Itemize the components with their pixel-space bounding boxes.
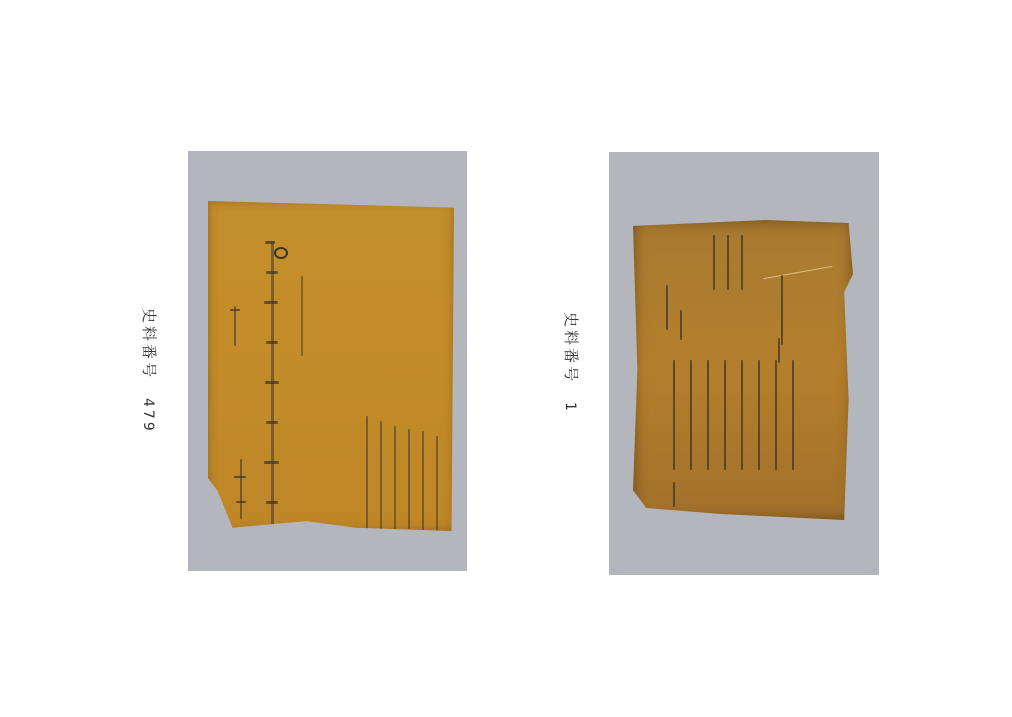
circle-mark-icon bbox=[274, 247, 288, 259]
right-document-label: 史料番号1 bbox=[561, 312, 582, 414]
right-label-text: 史料番号 bbox=[562, 312, 580, 384]
left-label-number: 479 bbox=[140, 398, 156, 434]
right-document-photo bbox=[609, 152, 879, 575]
left-document-photo bbox=[188, 151, 467, 571]
right-label-number: 1 bbox=[562, 402, 578, 414]
left-document-paper bbox=[208, 201, 454, 531]
right-document-paper bbox=[633, 220, 853, 520]
left-document-label: 史料番号479 bbox=[139, 308, 160, 434]
left-label-text: 史料番号 bbox=[140, 308, 158, 380]
